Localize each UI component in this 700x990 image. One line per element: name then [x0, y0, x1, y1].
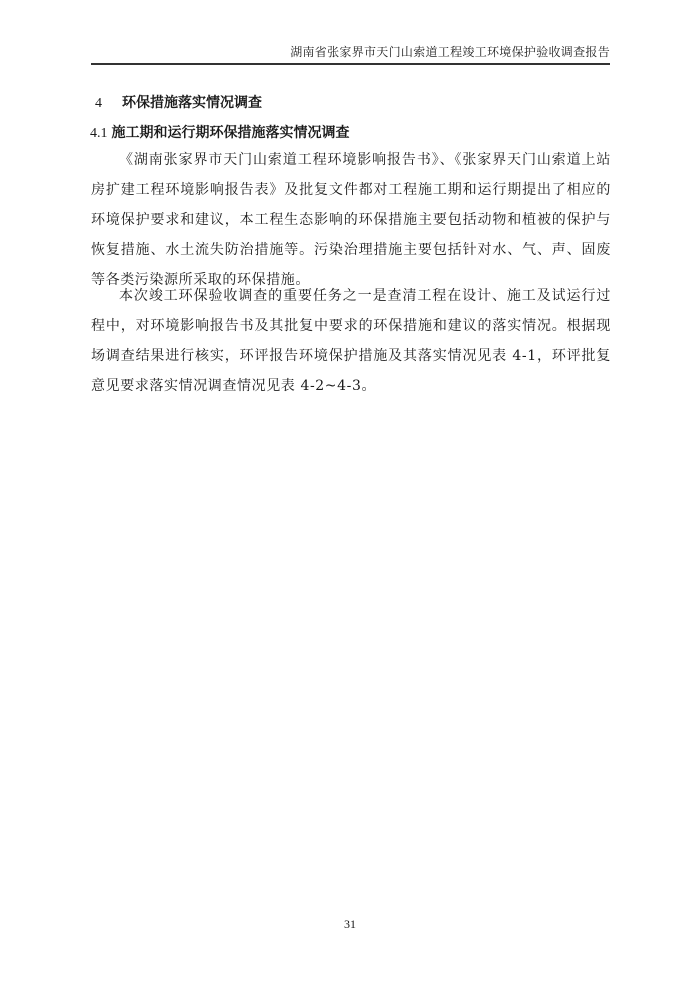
page-number: 31 [0, 917, 700, 932]
body-paragraph: 《湖南张家界市天门山索道工程环境影响报告书》、《张家界天门山索道上站房扩建工程环… [91, 145, 611, 295]
subsection-number: 4.1 [90, 126, 108, 141]
header-divider [91, 63, 610, 65]
section-number: 4 [95, 96, 122, 112]
running-header-title: 湖南省张家界市天门山索道工程竣工环境保护验收调查报告 [290, 43, 610, 60]
section-heading: 4环保措施落实情况调查 [95, 92, 262, 112]
subsection-heading: 4.1施工期和运行期环保措施落实情况调查 [90, 122, 350, 142]
subsection-title: 施工期和运行期环保措施落实情况调查 [112, 125, 350, 141]
body-paragraph: 本次竣工环保验收调查的重要任务之一是查清工程在设计、施工及试运行过程中，对环境影… [91, 281, 611, 401]
section-title: 环保措施落实情况调查 [122, 95, 262, 111]
